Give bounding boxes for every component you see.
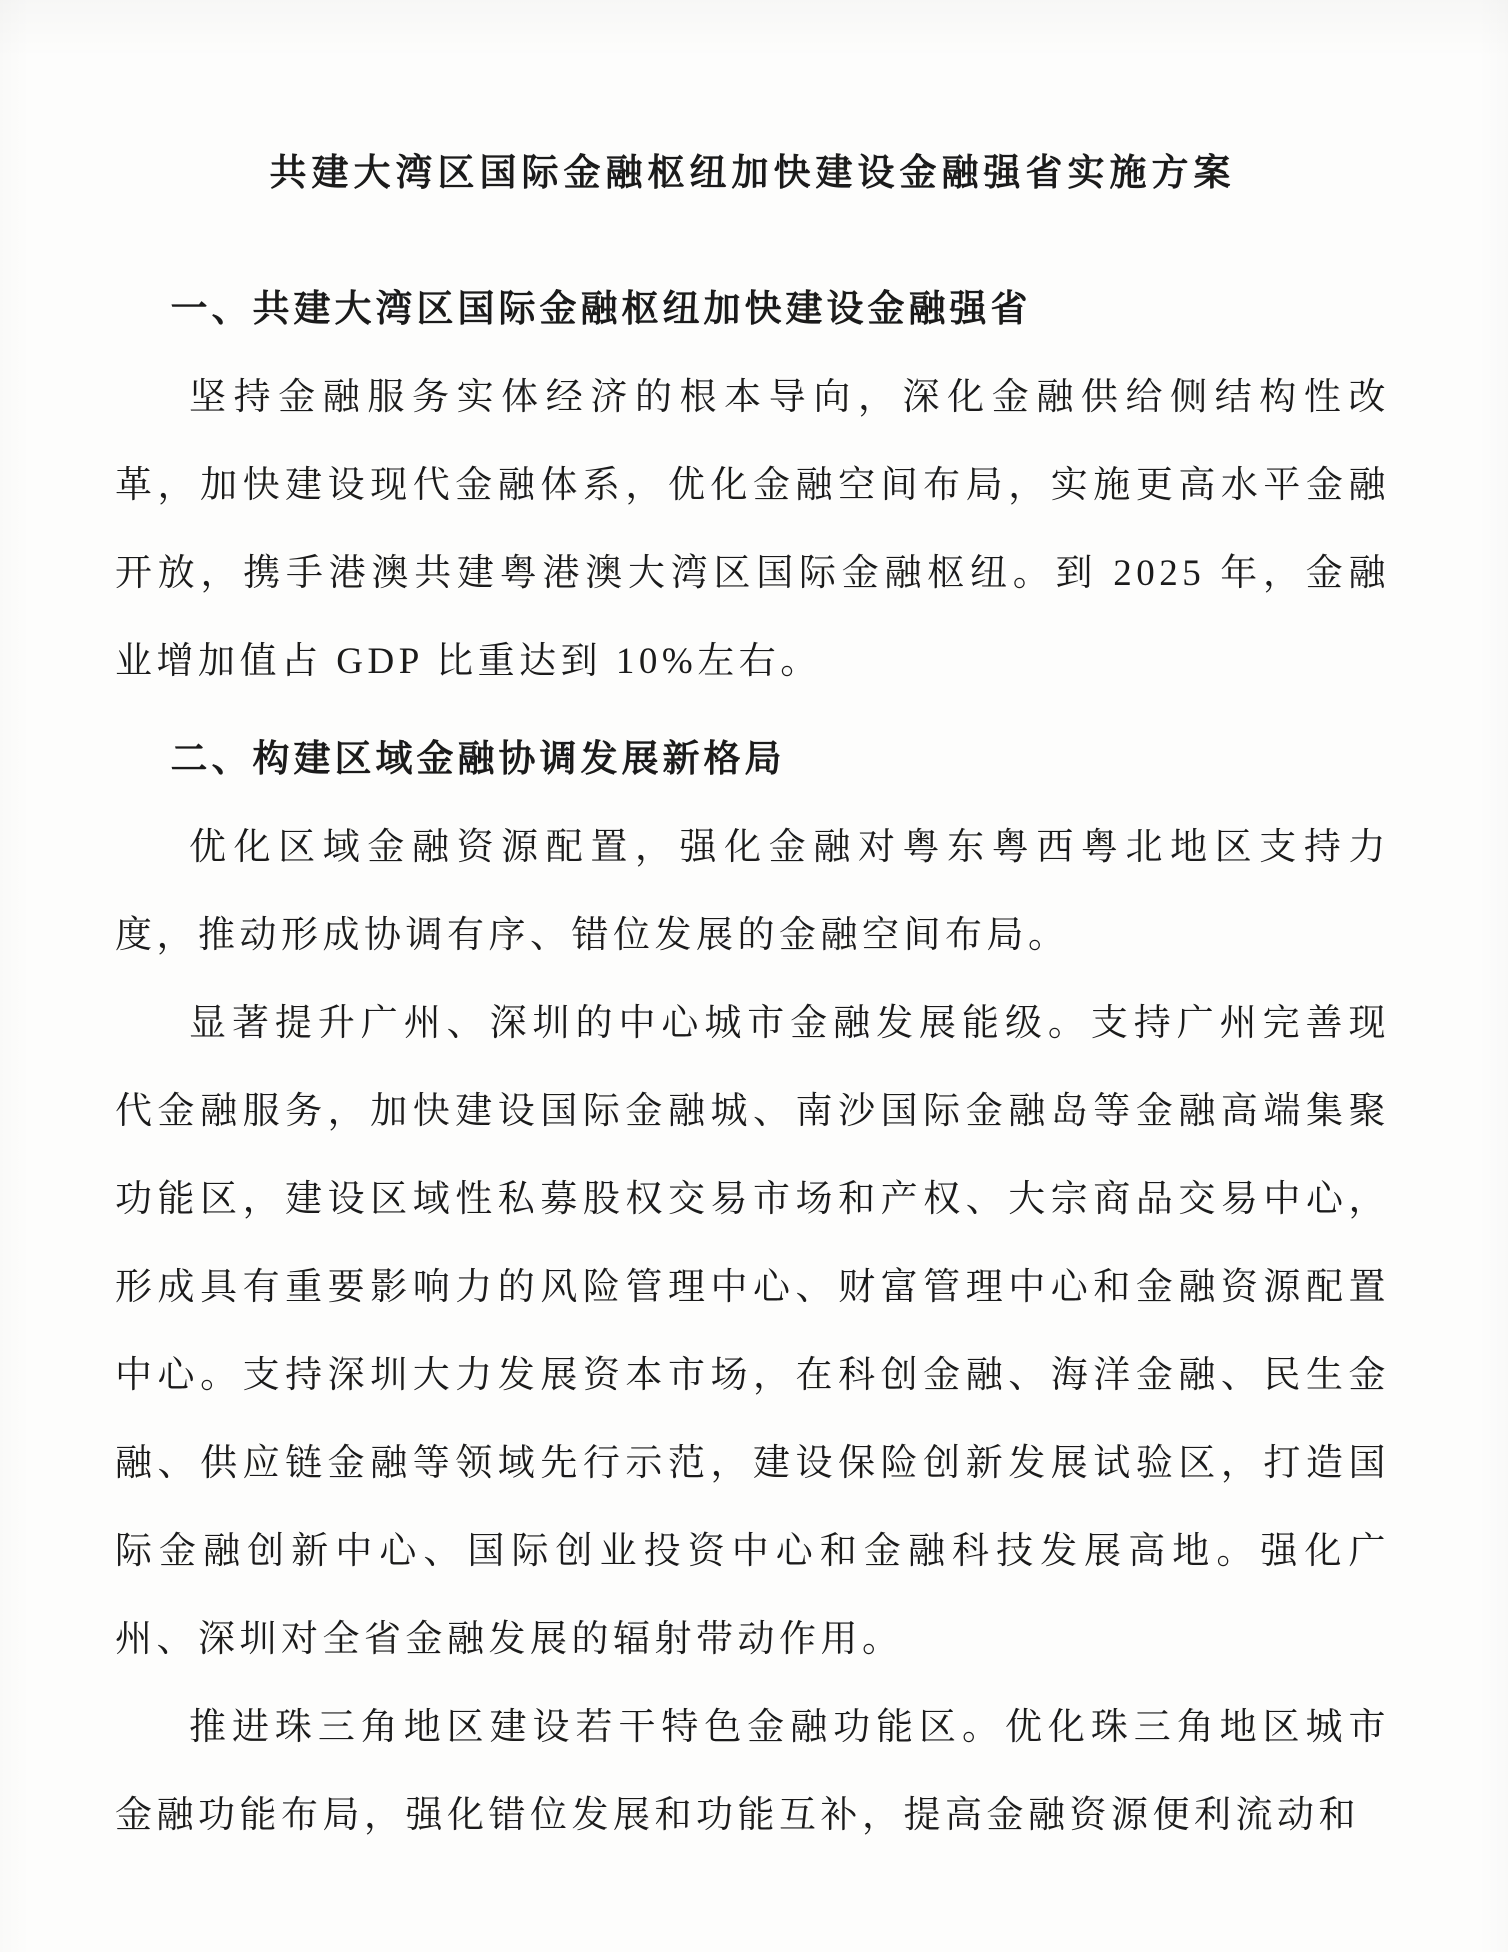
section-2-heading: 二、构建区域金融协调发展新格局 <box>115 716 1390 804</box>
section-2-paragraph-2: 显著提升广州、深圳的中心城市金融发展能级。支持广州完善现代金融服务，加快建设国际… <box>115 980 1390 1684</box>
section-1-paragraph-1: 坚持金融服务实体经济的根本导向，深化金融供给侧结构性改革，加快建设现代金融体系，… <box>115 354 1390 706</box>
section-2-paragraph-1: 优化区域金融资源配置，强化金融对粤东粤西粤北地区支持力度，推动形成协调有序、错位… <box>115 804 1390 980</box>
section-2-paragraph-3: 推进珠三角地区建设若干特色金融功能区。优化珠三角地区城市金融功能布局，强化错位发… <box>115 1684 1390 1860</box>
document-page: 共建大湾区国际金融枢纽加快建设金融强省实施方案 一、共建大湾区国际金融枢纽加快建… <box>0 0 1508 1952</box>
page-title: 共建大湾区国际金融枢纽加快建设金融强省实施方案 <box>115 130 1390 218</box>
section-1-heading: 一、共建大湾区国际金融枢纽加快建设金融强省 <box>115 266 1390 354</box>
